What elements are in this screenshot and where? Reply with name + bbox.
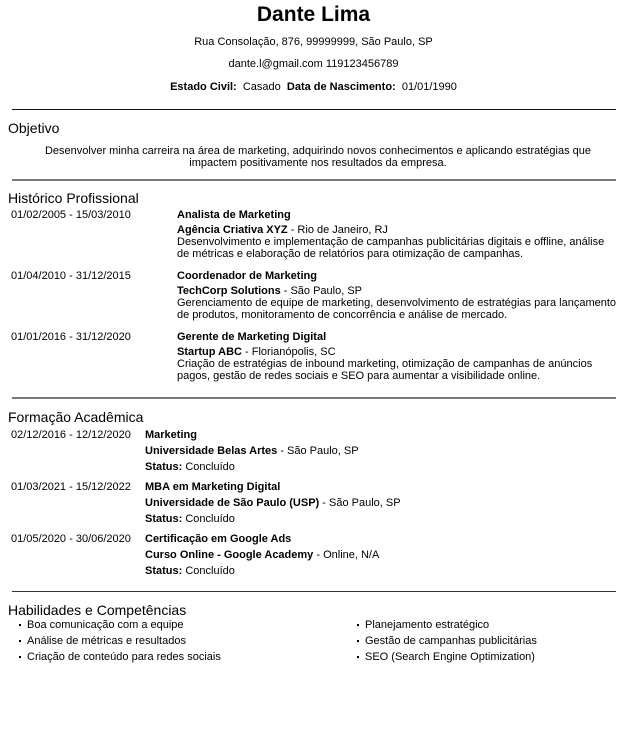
institution-name: Universidade de São Paulo (USP) bbox=[145, 497, 319, 509]
company-name: TechCorp Solutions bbox=[177, 285, 281, 297]
company-location: - Rio de Janeiro, RJ bbox=[288, 224, 388, 236]
institution-location: - Online, N/A bbox=[313, 549, 379, 561]
status-value: Concluído bbox=[182, 513, 235, 525]
job-title: Coordenador de Marketing bbox=[177, 270, 617, 283]
civil-status-label: Estado Civil: bbox=[170, 81, 237, 93]
status-label: Status: bbox=[145, 513, 182, 525]
experience-dates: 01/02/2005 - 15/03/2010 bbox=[11, 209, 131, 222]
job-description: Desenvolvimento e implementação de campa… bbox=[177, 236, 617, 260]
institution-line: Curso Online - Google Academy - Online, … bbox=[145, 549, 379, 561]
birth-date-label: Data de Nascimento: bbox=[287, 81, 396, 93]
education-entry: Certificação em Google AdsCurso Online -… bbox=[145, 533, 379, 577]
company-line: Agência Criativa XYZ - Rio de Janeiro, R… bbox=[177, 224, 617, 236]
experience-dates: 01/04/2010 - 31/12/2015 bbox=[11, 270, 131, 283]
personal-info-line: Estado Civil: Casado Data de Nascimento:… bbox=[0, 81, 627, 94]
course-name: MBA em Marketing Digital bbox=[145, 481, 401, 494]
section-title-objective: Objetivo bbox=[8, 120, 59, 136]
skill-item: SEO (Search Engine Optimization) bbox=[357, 649, 537, 665]
institution-name: Curso Online - Google Academy bbox=[145, 549, 313, 561]
institution-location: - São Paulo, SP bbox=[277, 445, 358, 457]
experience-entry: Gerente de Marketing DigitalStartup ABC … bbox=[177, 331, 617, 382]
education-dates: 02/12/2016 - 12/12/2020 bbox=[11, 429, 131, 442]
section-title-skills: Habilidades e Competências bbox=[8, 602, 186, 618]
objective-text: Desenvolver minha carreira na área de ma… bbox=[20, 145, 616, 169]
experience-entry: Analista de MarketingAgência Criativa XY… bbox=[177, 209, 617, 260]
skill-item: Criação de conteúdo para redes sociais bbox=[19, 649, 221, 665]
education-dates: 01/03/2021 - 15/12/2022 bbox=[11, 481, 131, 494]
status-value: Concluído bbox=[182, 565, 235, 577]
course-name: Marketing bbox=[145, 429, 359, 442]
institution-line: Universidade de São Paulo (USP) - São Pa… bbox=[145, 497, 401, 509]
course-status: Status: Concluído bbox=[145, 513, 401, 525]
education-entry: MarketingUniversidade Belas Artes - São … bbox=[145, 429, 359, 473]
job-title: Analista de Marketing bbox=[177, 209, 617, 222]
experience-dates: 01/01/2016 - 31/12/2020 bbox=[11, 331, 131, 344]
job-title: Gerente de Marketing Digital bbox=[177, 331, 617, 344]
birth-date-value: 01/01/1990 bbox=[402, 81, 457, 93]
address-line: Rua Consolação, 876, 99999999, São Paulo… bbox=[0, 36, 627, 49]
course-name: Certificação em Google Ads bbox=[145, 533, 379, 546]
experience-entry: Coordenador de MarketingTechCorp Solutio… bbox=[177, 270, 617, 321]
company-name: Agência Criativa XYZ bbox=[177, 224, 288, 236]
candidate-name: Dante Lima bbox=[0, 3, 627, 27]
divider bbox=[12, 397, 616, 399]
institution-line: Universidade Belas Artes - São Paulo, SP bbox=[145, 445, 359, 457]
institution-name: Universidade Belas Artes bbox=[145, 445, 277, 457]
company-line: Startup ABC - Florianópolis, SC bbox=[177, 346, 617, 358]
company-location: - Florianópolis, SC bbox=[242, 346, 336, 358]
skill-item: Análise de métricas e resultados bbox=[19, 633, 221, 649]
civil-status-value: Casado bbox=[243, 81, 281, 93]
skill-item: Boa comunicação com a equipe bbox=[19, 617, 221, 633]
section-title-experience: Histórico Profissional bbox=[8, 190, 139, 206]
institution-location: - São Paulo, SP bbox=[319, 497, 400, 509]
company-name: Startup ABC bbox=[177, 346, 242, 358]
course-status: Status: Concluído bbox=[145, 461, 359, 473]
status-label: Status: bbox=[145, 565, 182, 577]
company-line: TechCorp Solutions - São Paulo, SP bbox=[177, 285, 617, 297]
skills-list-right: Planejamento estratégicoGestão de campan… bbox=[357, 617, 537, 665]
job-description: Gerenciamento de equipe de marketing, de… bbox=[177, 297, 617, 321]
divider bbox=[12, 109, 616, 110]
contact-line: dante.l@gmail.com 119123456789 bbox=[0, 58, 627, 71]
skill-item: Gestão de campanhas publicitárias bbox=[357, 633, 537, 649]
education-entry: MBA em Marketing DigitalUniversidade de … bbox=[145, 481, 401, 525]
divider bbox=[12, 179, 616, 181]
skills-list-left: Boa comunicação com a equipeAnálise de m… bbox=[19, 617, 221, 665]
course-status: Status: Concluído bbox=[145, 565, 379, 577]
section-title-education: Formação Acadêmica bbox=[8, 409, 143, 425]
company-location: - São Paulo, SP bbox=[281, 285, 362, 297]
education-dates: 01/05/2020 - 30/06/2020 bbox=[11, 533, 131, 546]
skill-item: Planejamento estratégico bbox=[357, 617, 537, 633]
job-description: Criação de estratégias de inbound market… bbox=[177, 358, 617, 382]
status-value: Concluído bbox=[182, 461, 235, 473]
status-label: Status: bbox=[145, 461, 182, 473]
divider bbox=[12, 591, 616, 592]
